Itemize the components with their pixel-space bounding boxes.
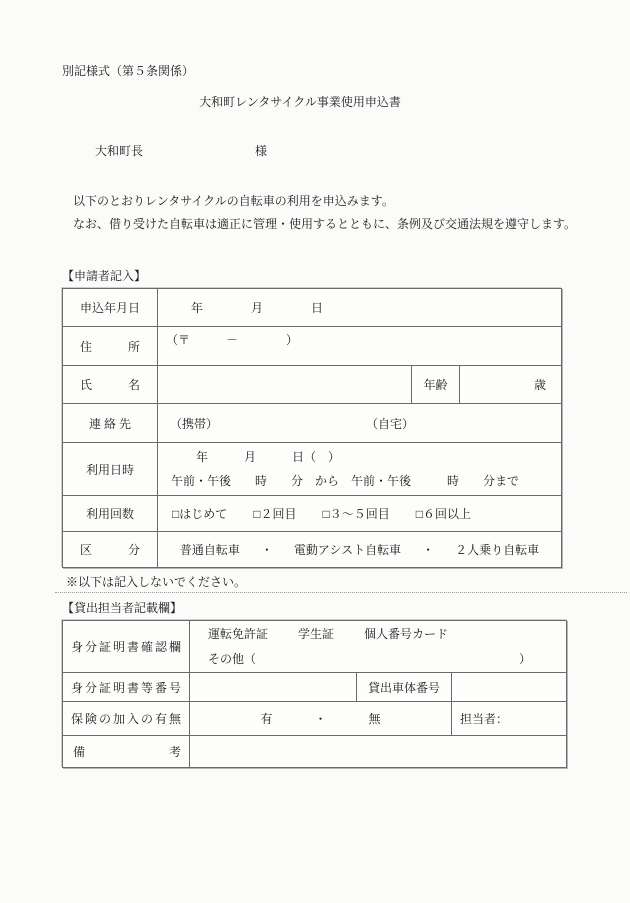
category-label-cell: 区 分: [63, 532, 157, 567]
id-number-value-cell: [189, 673, 356, 701]
id-option-drivers-license: 運転免許証: [208, 622, 268, 647]
id-check-other-line: その他（ ）: [208, 647, 531, 672]
category-value-cell: 普通自転車 ・ 電動アシスト自転車 ・ ２人乗り自転車: [157, 532, 561, 567]
insurance-value-cell: 有 ・ 無: [189, 702, 451, 735]
applicant-table: 申込年月日 年 月 日 住 所 （〒 － ） 氏 名 年齢 歳 連 絡 先 （携…: [62, 288, 562, 568]
category-separator-dot: ・: [422, 541, 434, 558]
id-option-student-id: 学生証: [298, 622, 334, 647]
application-date-value-cell: 年 月 日: [157, 289, 561, 326]
addressee-line: 大和町長様: [95, 142, 267, 159]
id-check-value-cell: 運転免許証 学生証 個人番号カード その他（ ）: [189, 621, 566, 672]
bike-number-label-cell: 貸出車体番号: [356, 673, 451, 701]
usage-count-option-3-5-times: □３～５回目: [323, 505, 390, 522]
dotted-divider: [55, 592, 627, 593]
id-number-label-cell: 身分証明書等番号: [63, 673, 189, 701]
table-row-name: 氏 名 年齢 歳: [63, 365, 561, 403]
id-check-options-line: 運転免許証 学生証 個人番号カード: [190, 622, 448, 647]
intro-line-2: なお、借り受けた自転車は適正に管理・使用するとともに、条例及び交通法規を遵守しま…: [73, 215, 576, 232]
usage-datetime-value-cell: 年 月 日（ ） 午前・午後 時 分 から 午前・午後 時 分まで: [157, 443, 561, 495]
insurance-label-cell: 保険の加入の有無: [63, 702, 189, 735]
table-row-contact: 連 絡 先 （携帯） （自宅）: [63, 403, 561, 442]
usage-date-line: 年 月 日（ ）: [158, 445, 340, 469]
insurance-separator-dot: ・: [314, 710, 326, 727]
category-separator-dot: ・: [261, 541, 273, 558]
addressee-name: 大和町長: [95, 144, 143, 158]
contact-value-cell: （携帯） （自宅）: [157, 404, 561, 442]
category-option-two-seater-bike: ２人乗り自転車: [455, 541, 539, 558]
staff-in-charge-cell: 担当者：: [451, 702, 566, 735]
contact-home-label: （自宅）: [366, 415, 414, 432]
name-label-cell: 氏 名: [63, 366, 157, 403]
usage-count-option-first-time: □はじめて: [172, 505, 227, 522]
staff-table: 身分証明書確認欄 運転免許証 学生証 個人番号カード その他（ ） 身分証明書等…: [62, 620, 567, 768]
category-option-electric-assist-bike: 電動アシスト自転車: [294, 541, 401, 558]
staff-section-heading: 【貸出担当者記載欄】: [62, 599, 182, 616]
do-not-fill-note: ※以下は記入しないでください。: [66, 573, 246, 590]
id-option-other-close: ）: [519, 647, 531, 672]
table-row-application-date: 申込年月日 年 月 日: [63, 289, 561, 326]
contact-mobile-label: （携帯）: [170, 415, 218, 432]
usage-datetime-label-cell: 利用日時: [63, 443, 157, 495]
usage-count-label-cell: 利用回数: [63, 496, 157, 531]
remarks-value-cell: [189, 736, 566, 767]
remarks-label-cell: 備 考: [63, 736, 189, 767]
usage-count-option-second-time: □２回目: [253, 505, 296, 522]
form-number: 別記様式（第５条関係）: [62, 62, 194, 79]
age-value-cell: 歳: [459, 366, 561, 403]
name-value-cell: [157, 366, 411, 403]
address-label-cell: 住 所: [63, 327, 157, 365]
table-row-usage-count: 利用回数 □はじめて □２回目 □３～５回目 □６回以上: [63, 495, 561, 531]
table-row-id-check: 身分証明書確認欄 運転免許証 学生証 個人番号カード その他（ ）: [63, 621, 566, 672]
usage-time-line: 午前・午後 時 分 から 午前・午後 時 分まで: [158, 469, 519, 493]
category-option-normal-bike: 普通自転車: [180, 541, 240, 558]
id-option-other-open: その他（: [208, 647, 256, 672]
usage-count-option-6-plus-times: □６回以上: [416, 505, 471, 522]
id-option-my-number-card: 個人番号カード: [364, 622, 448, 647]
table-row-address: 住 所 （〒 － ）: [63, 326, 561, 365]
table-row-id-number: 身分証明書等番号 貸出車体番号: [63, 672, 566, 701]
age-label-cell: 年齢: [411, 366, 459, 403]
table-row-insurance: 保険の加入の有無 有 ・ 無 担当者：: [63, 701, 566, 735]
contact-label-cell: 連 絡 先: [63, 404, 157, 442]
rental-cycle-application-form: { "page": { "form_number": "別記様式（第５条関係）"…: [0, 0, 630, 903]
bike-number-value-cell: [451, 673, 566, 701]
table-row-remarks: 備 考: [63, 735, 566, 767]
intro-line-1: 以下のとおりレンタサイクルの自転車の利用を申込みます。: [73, 192, 394, 209]
table-row-usage-datetime: 利用日時 年 月 日（ ） 午前・午後 時 分 から 午前・午後 時 分まで: [63, 442, 561, 495]
application-date-label-cell: 申込年月日: [63, 289, 157, 326]
address-value-cell: （〒 － ）: [157, 327, 561, 365]
insurance-option-no: 無: [369, 710, 381, 727]
insurance-option-yes: 有: [260, 710, 272, 727]
applicant-section-heading: 【申請者記入】: [62, 267, 146, 284]
page-title: 大和町レンタサイクル事業使用申込書: [0, 93, 600, 110]
id-check-label-cell: 身分証明書確認欄: [63, 621, 189, 672]
addressee-honorific: 様: [255, 144, 267, 158]
table-row-category: 区 分 普通自転車 ・ 電動アシスト自転車 ・ ２人乗り自転車: [63, 531, 561, 567]
usage-count-value-cell: □はじめて □２回目 □３～５回目 □６回以上: [157, 496, 561, 531]
